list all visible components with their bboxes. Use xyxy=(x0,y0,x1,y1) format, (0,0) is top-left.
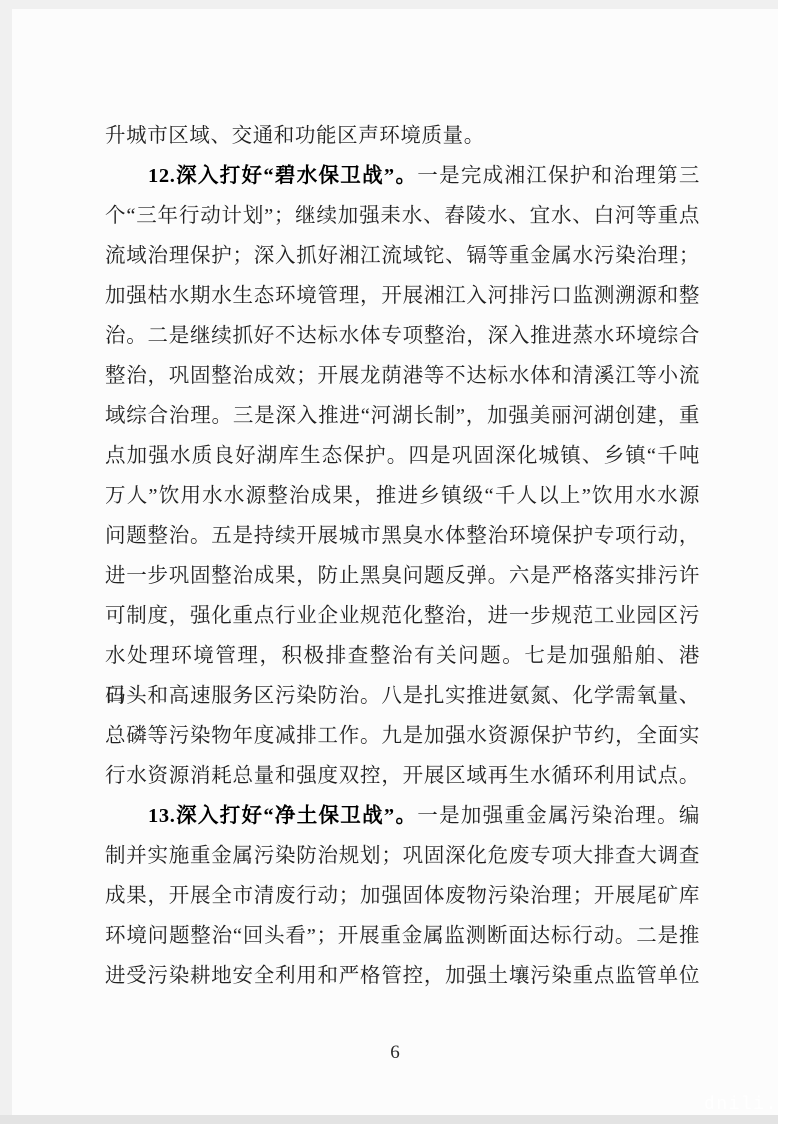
text-line: 制并实施重金属污染防治规划；巩固深化危废专项大排查大调查 xyxy=(105,836,700,876)
document-body-text: 升城市区域、交通和功能区声环境质量。12.深入打好“碧水保卫战”。一是完成湘江保… xyxy=(105,116,700,996)
text-run: 域综合治理。三是深入推进“河湖长制”，加强美丽河湖创建，重 xyxy=(105,405,700,427)
text-run: 行水资源消耗总量和强度双控，开展区域再生水循环利用试点。 xyxy=(105,765,700,787)
page-edge-top xyxy=(0,0,790,9)
text-run: 流域治理保护；深入抓好湘江流域铊、镉等重金属水污染治理； xyxy=(105,245,700,267)
page-edge-left xyxy=(0,0,12,1124)
text-run: 成果，开展全市清废行动；加强固体废物污染治理；开展尾矿库 xyxy=(105,885,700,907)
text-run: 进受污染耕地安全利用和严格管控，加强土壤污染重点监管单位 xyxy=(105,965,700,987)
text-line: 码头和高速服务区污染防治。八是扎实推进氨氮、化学需氧量、 xyxy=(105,676,700,716)
page-edge-bottom xyxy=(0,1115,790,1124)
text-line: 总磷等污染物年度减排工作。九是加强水资源保护节约，全面实 xyxy=(105,716,700,756)
text-run: 总磷等污染物年度减排工作。九是加强水资源保护节约，全面实 xyxy=(105,725,700,747)
text-line: 流域治理保护；深入抓好湘江流域铊、镉等重金属水污染治理； xyxy=(105,236,700,276)
text-run: 个“三年行动计划”；继续加强耒水、舂陵水、宜水、白河等重点 xyxy=(105,205,700,227)
page-edge-right xyxy=(778,0,790,1124)
text-line: 成果，开展全市清废行动；加强固体废物污染治理；开展尾矿库 xyxy=(105,876,700,916)
text-line: 12.深入打好“碧水保卫战”。一是完成湘江保护和治理第三 xyxy=(105,156,700,196)
page-number: 6 xyxy=(0,1042,790,1064)
text-run: 一是加强重金属污染治理。编 xyxy=(417,805,700,827)
text-line: 行水资源消耗总量和强度双控，开展区域再生水循环利用试点。 xyxy=(105,756,700,796)
text-line: 可制度，强化重点行业企业规范化整治，进一步规范工业园区污 xyxy=(105,596,700,636)
text-line: 环境问题整治“回头看”；开展重金属监测断面达标行动。二是推 xyxy=(105,916,700,956)
text-line: 升城市区域、交通和功能区声环境质量。 xyxy=(105,116,700,156)
text-line: 万人”饮用水水源整治成果，推进乡镇级“千人以上”饮用水水源 xyxy=(105,476,700,516)
text-run: 问题整治。五是持续开展城市黑臭水体整治环境保护专项行动， xyxy=(105,525,700,547)
text-run: 一是完成湘江保护和治理第三 xyxy=(417,165,700,187)
watermark: dnili.co xyxy=(704,1095,790,1115)
text-run: 加强枯水期水生态环境管理，开展湘江入河排污口监测溯源和整 xyxy=(105,285,700,307)
text-line: 治。二是继续抓好不达标水体专项整治，深入推进蒸水环境综合 xyxy=(105,316,700,356)
text-line: 水处理环境管理，积极排查整治有关问题。七是加强船舶、港口、 xyxy=(105,636,700,676)
text-line: 点加强水质良好湖库生态保护。四是巩固深化城镇、乡镇“千吨 xyxy=(105,436,700,476)
text-line: 个“三年行动计划”；继续加强耒水、舂陵水、宜水、白河等重点 xyxy=(105,196,700,236)
text-run: 可制度，强化重点行业企业规范化整治，进一步规范工业园区污 xyxy=(105,605,700,627)
text-run: 点加强水质良好湖库生态保护。四是巩固深化城镇、乡镇“千吨 xyxy=(105,445,700,467)
text-line: 问题整治。五是持续开展城市黑臭水体整治环境保护专项行动， xyxy=(105,516,700,556)
text-run: 治。二是继续抓好不达标水体专项整治，深入推进蒸水环境综合 xyxy=(105,325,700,347)
section-heading: 12.深入打好“碧水保卫战”。 xyxy=(148,165,417,187)
text-line: 域综合治理。三是深入推进“河湖长制”，加强美丽河湖创建，重 xyxy=(105,396,700,436)
text-line: 整治，巩固整治成效；开展龙荫港等不达标水体和清溪江等小流 xyxy=(105,356,700,396)
text-line: 进受污染耕地安全利用和严格管控，加强土壤污染重点监管单位 xyxy=(105,956,700,996)
text-line: 13.深入打好“净土保卫战”。一是加强重金属污染治理。编 xyxy=(105,796,700,836)
section-heading: 13.深入打好“净土保卫战”。 xyxy=(148,805,417,827)
text-line: 进一步巩固整治成果，防止黑臭问题反弹。六是严格落实排污许 xyxy=(105,556,700,596)
text-run: 制并实施重金属污染防治规划；巩固深化危废专项大排查大调查 xyxy=(105,845,700,867)
text-line: 加强枯水期水生态环境管理，开展湘江入河排污口监测溯源和整 xyxy=(105,276,700,316)
text-run: 码头和高速服务区污染防治。八是扎实推进氨氮、化学需氧量、 xyxy=(105,685,700,707)
text-run: 整治，巩固整治成效；开展龙荫港等不达标水体和清溪江等小流 xyxy=(105,365,700,387)
document-page: 升城市区域、交通和功能区声环境质量。12.深入打好“碧水保卫战”。一是完成湘江保… xyxy=(0,0,790,1124)
text-run: 升城市区域、交通和功能区声环境质量。 xyxy=(105,125,485,147)
text-run: 环境问题整治“回头看”；开展重金属监测断面达标行动。二是推 xyxy=(105,925,700,947)
text-run: 万人”饮用水水源整治成果，推进乡镇级“千人以上”饮用水水源 xyxy=(105,485,700,507)
text-run: 进一步巩固整治成果，防止黑臭问题反弹。六是严格落实排污许 xyxy=(105,565,700,587)
